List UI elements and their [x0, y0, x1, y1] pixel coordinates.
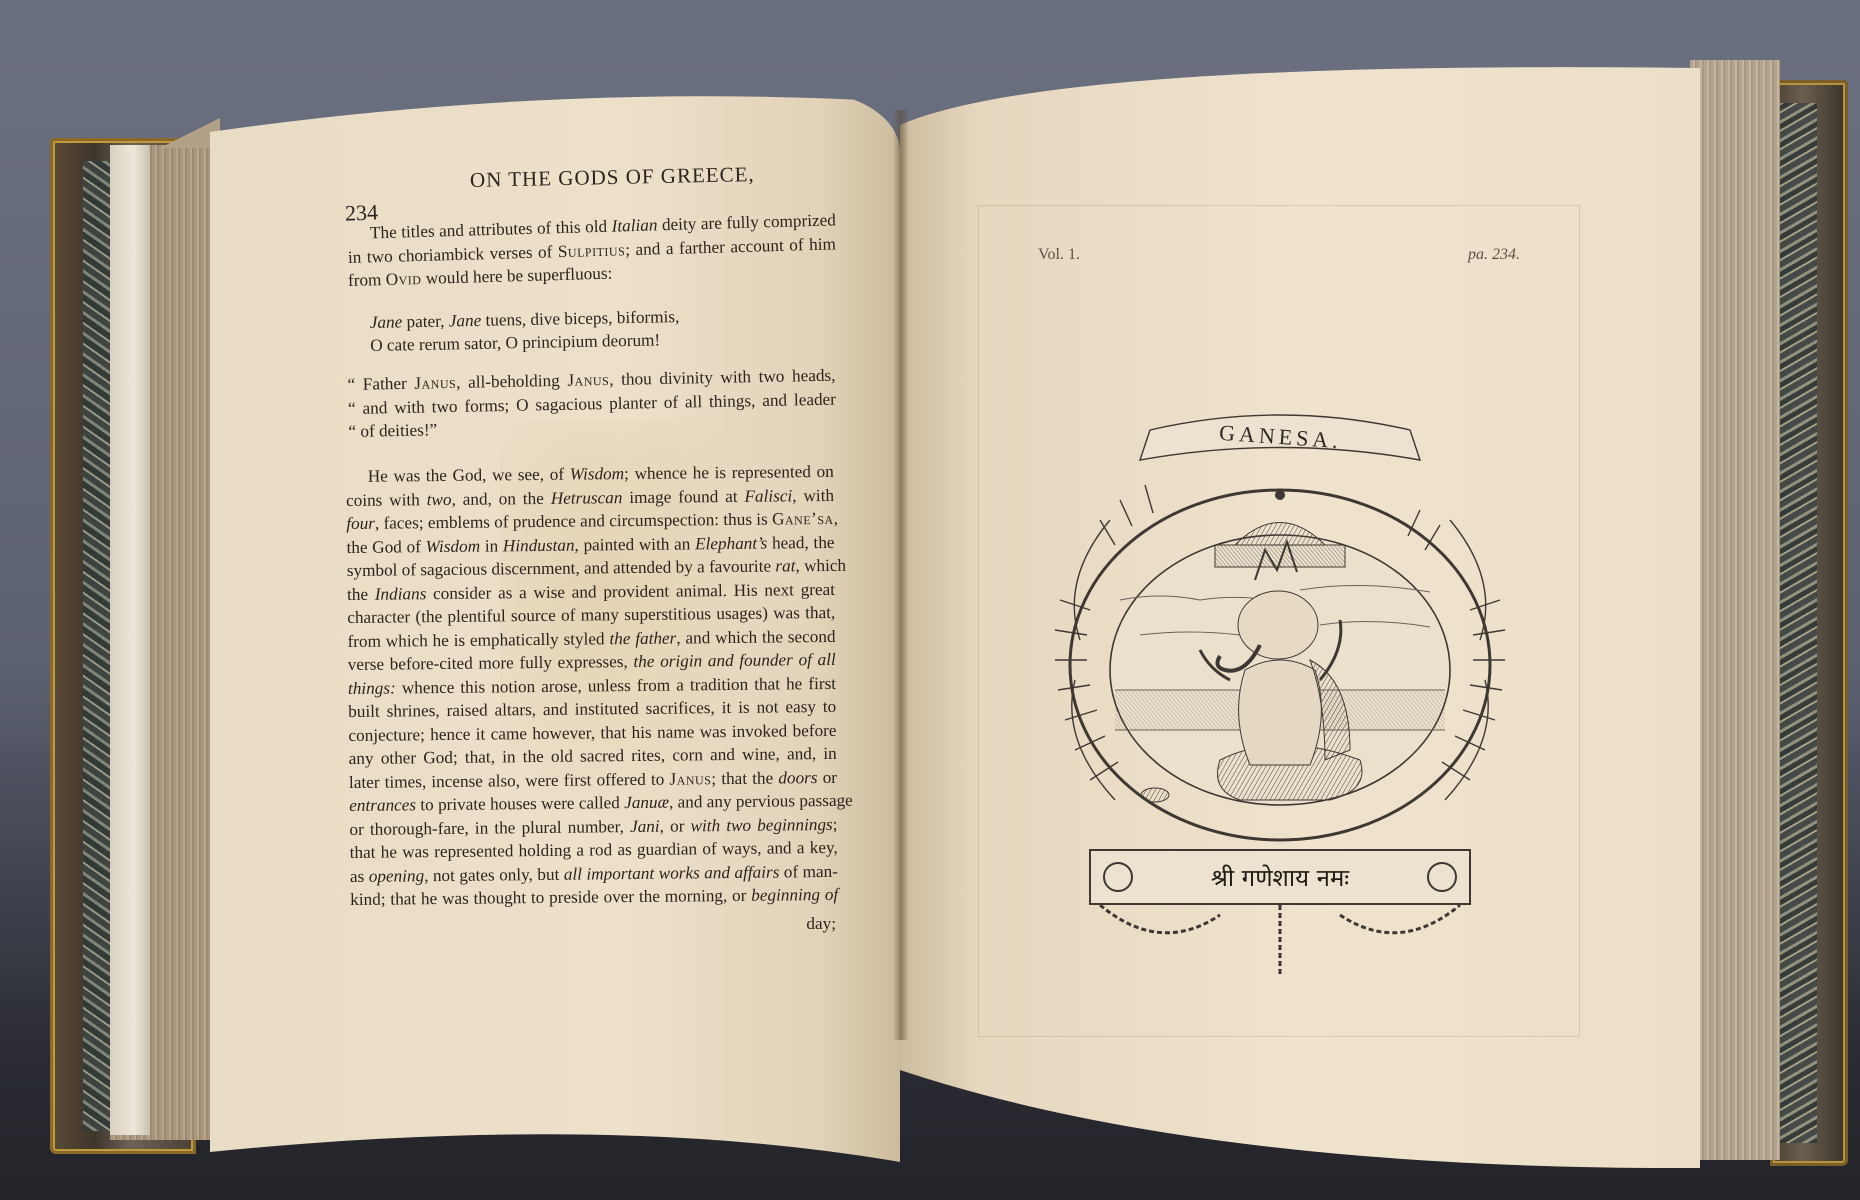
inscription-cartouche: श्री गणेशाय नमः	[1090, 850, 1470, 975]
paragraph-wisdom: He was the God, we see, of Wisdom; whenc…	[346, 460, 839, 912]
canopy-icon	[1215, 490, 1345, 567]
svg-text:श्री गणेशाय नमः: श्री गणेशाय नमः	[1211, 864, 1350, 892]
page-block-edge-right	[1690, 60, 1780, 1160]
text-line: kind; that he was thought to preside ove…	[350, 883, 838, 912]
rat-icon	[1141, 788, 1169, 802]
verse-translation: “ Father Janus, all-beholding Janus, tho…	[347, 363, 836, 443]
latin-verse: Jane pater, Jane tuens, dive biceps, bif…	[370, 302, 837, 357]
catchword: day;	[348, 912, 836, 936]
plate-page-reference: pa. 234.	[1468, 246, 1520, 264]
body-text: The titles and attributes of this old It…	[348, 222, 836, 935]
ganesa-engraving: GANESA. श्री गणेशाय नमः	[1020, 400, 1540, 980]
plate-volume-label: Vol. 1.	[1038, 246, 1080, 264]
book-gutter	[893, 110, 909, 1040]
book-cover-right	[1770, 80, 1848, 1166]
banner: GANESA.	[1140, 415, 1420, 460]
flyleaf-edge-left	[110, 145, 150, 1135]
marbled-endpaper-right	[1777, 103, 1817, 1143]
